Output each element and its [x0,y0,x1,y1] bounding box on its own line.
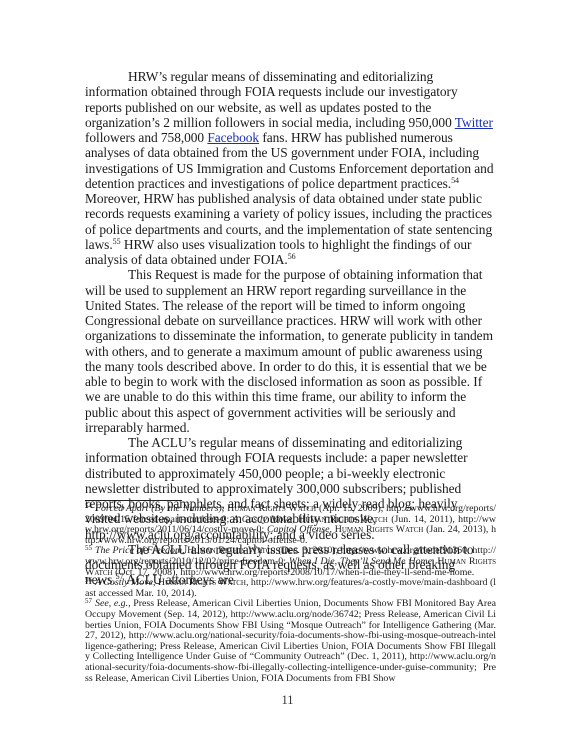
footnote-57: 57See, e.g., Press Release, American Civ… [85,599,496,684]
footnote-divider [85,500,182,501]
footnote-55: 55The Price of Freedom, Human Rights Wat… [85,546,496,578]
page-number: 11 [0,693,575,708]
footnote-54: 54Forced Apart (By the Numbers), Human R… [85,504,496,546]
footnote-ref-56[interactable]: 56 [288,252,296,261]
footnote-ref-55[interactable]: 55 [113,237,121,246]
twitter-link[interactable]: Twitter [455,115,493,130]
footnote-ref-54[interactable]: 54 [451,176,459,185]
paragraph-hrw-dissemination: HRW’s regular means of disseminating and… [85,69,496,267]
paragraph-request-purpose: This Request is made for the purpose of … [85,267,496,435]
footnote-56: 56A Costly Move, Human Rights Watch, htt… [85,578,496,599]
footnotes: 54Forced Apart (By the Numbers), Human R… [85,504,496,684]
facebook-link[interactable]: Facebook [207,130,259,145]
